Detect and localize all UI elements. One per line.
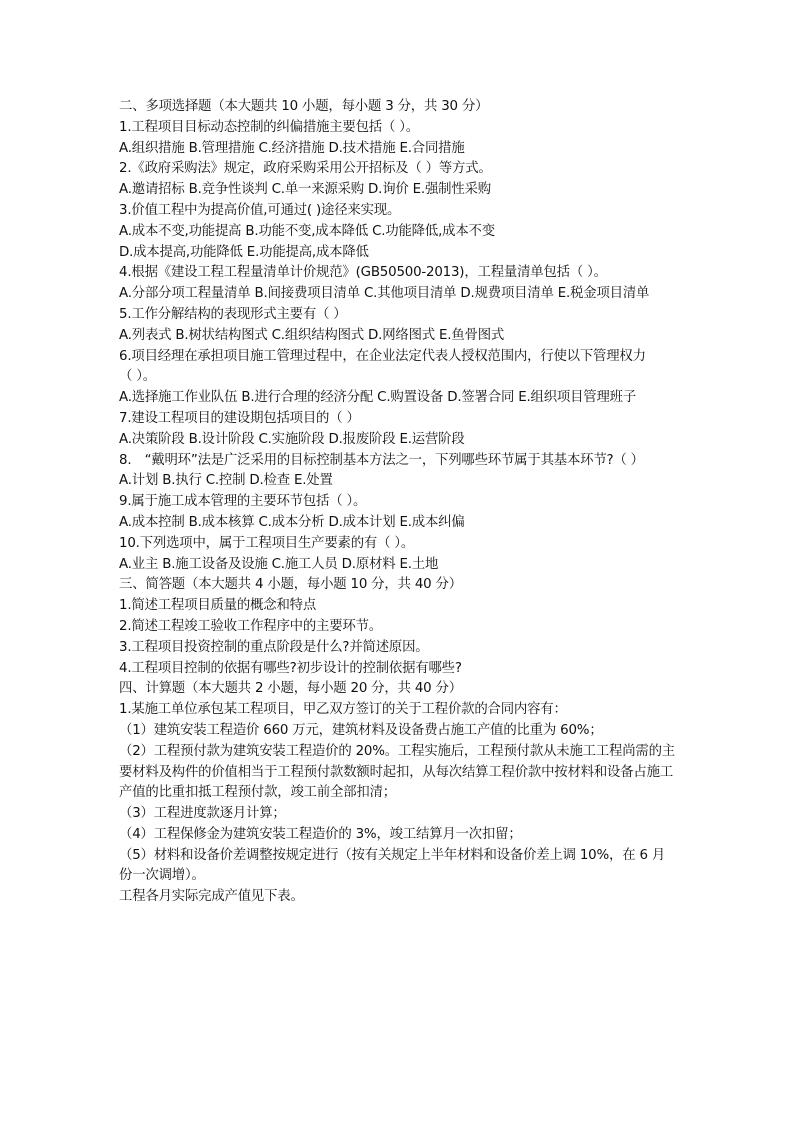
question-3-options: A.成本不变,功能提高 B.功能不变,成本降低 C.功能降低,成本不变 <box>119 222 677 243</box>
question-6-blank: （ ）。 <box>119 367 677 388</box>
question-10-options: A.业主 B.施工设备及设施 C.施工人员 D.原材料 E.土地 <box>119 555 677 576</box>
question-4-options: A.分部分项工程量清单 B.间接费项目清单 C.其他项目清单 D.规费项目清单 … <box>119 284 677 305</box>
short-answer-2: 2.简述工程竣工验收工作程序中的主要环节。 <box>119 617 677 638</box>
question-2: 2.《政府采购法》规定，政府采购采用公开招标及（ ）等方式。 <box>119 159 677 180</box>
section-heading-multiple-choice: 二、多项选择题（本大题共 10 小题，每小题 3 分，共 30 分） <box>119 97 677 118</box>
question-1: 1.工程项目目标动态控制的纠偏措施主要包括（ ）。 <box>119 118 677 139</box>
section-heading-short-answer: 三、简答题（本大题共 4 小题，每小题 10 分，共 40 分） <box>119 575 677 596</box>
question-9: 9.属于施工成本管理的主要环节包括（ ）。 <box>119 492 677 513</box>
calculation-intro: 1.某施工单位承包某工程项目，甲乙双方签订的关于工程价款的合同内容有： <box>119 700 677 721</box>
question-6: 6.项目经理在承担项目施工管理过程中，在企业法定代表人授权范围内，行使以下管理权… <box>119 347 677 368</box>
question-8: 8. “戴明环”法是广泛采用的目标控制基本方法之一，下列哪些环节属于其基本环节?… <box>119 451 677 472</box>
question-10: 10.下列选项中，属于工程项目生产要素的有（ ）。 <box>119 534 677 555</box>
question-7-options: A.决策阶段 B.设计阶段 C.实施阶段 D.报废阶段 E.运营阶段 <box>119 430 677 451</box>
clause-3: （3）工程进度款逐月计算； <box>119 804 677 825</box>
question-3: 3.价值工程中为提高价值,可通过( )途径来实现。 <box>119 201 677 222</box>
short-answer-3: 3.工程项目投资控制的重点阶段是什么?并简述原因。 <box>119 638 677 659</box>
clause-4: （4）工程保修金为建筑安装工程造价的 3%，竣工结算月一次扣留； <box>119 825 677 846</box>
question-8-options: A.计划 B.执行 C.控制 D.检查 E.处置 <box>119 471 677 492</box>
document-page: 二、多项选择题（本大题共 10 小题，每小题 3 分，共 30 分） 1.工程项… <box>119 97 677 908</box>
question-5: 5.工作分解结构的表现形式主要有（ ） <box>119 305 677 326</box>
clause-2: （2）工程预付款为建筑安装工程造价的 20%。工程实施后，工程预付款从未施工工程… <box>119 742 677 804</box>
clause-5: （5）材料和设备价差调整按规定进行（按有关规定上半年材料和设备价差上调 10%，… <box>119 846 677 888</box>
short-answer-4: 4.工程项目控制的依据有哪些?初步设计的控制依据有哪些? <box>119 659 677 680</box>
question-7: 7.建设工程项目的建设期包括项目的（ ） <box>119 409 677 430</box>
question-2-options: A.邀请招标 B.竞争性谈判 C.单一来源采购 D.询价 E.强制性采购 <box>119 180 677 201</box>
question-5-options: A.列表式 B.树状结构图式 C.组织结构图式 D.网络图式 E.鱼骨图式 <box>119 326 677 347</box>
question-6-options: A.选择施工作业队伍 B.进行合理的经济分配 C.购置设备 D.签署合同 E.组… <box>119 388 677 409</box>
calculation-closing: 工程各月实际完成产值见下表。 <box>119 887 677 908</box>
short-answer-1: 1.简述工程项目质量的概念和特点 <box>119 596 677 617</box>
question-1-options: A.组织措施 B.管理措施 C.经济措施 D.技术措施 E.合同措施 <box>119 139 677 160</box>
question-4: 4.根据《建设工程工程量清单计价规范》(GB50500-2013)，工程量清单包… <box>119 263 677 284</box>
question-9-options: A.成本控制 B.成本核算 C.成本分析 D.成本计划 E.成本纠偏 <box>119 513 677 534</box>
section-heading-calculation: 四、计算题（本大题共 2 小题，每小题 20 分，共 40 分） <box>119 679 677 700</box>
question-3-options-cont: D.成本提高,功能降低 E.功能提高,成本降低 <box>119 243 677 264</box>
clause-1: （1）建筑安装工程造价 660 万元，建筑材料及设备费占施工产值的比重为 60%… <box>119 721 677 742</box>
